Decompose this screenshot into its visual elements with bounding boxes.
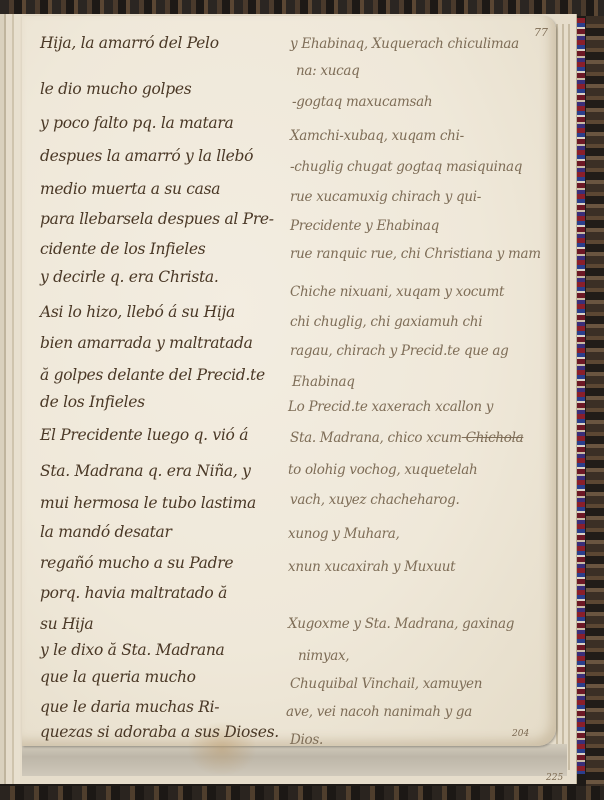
kiche-line-text: Xamchi-xubaq, xuqam chi- <box>290 128 464 144</box>
spanish-line: para llebarsela despues al Pre- <box>40 210 274 228</box>
kiche-line-text: xunog y Muhara, <box>288 526 400 542</box>
kiche-line: Xugoxme y Sta. Madrana, gaxinag <box>288 616 514 632</box>
spanish-line: y decirle q. era Christa. <box>40 268 218 286</box>
kiche-line-text: rue xucamuxig chirach y qui- <box>290 189 481 205</box>
book-right-cover <box>586 16 604 786</box>
kiche-line: y Ehabinaq, Xuquerach chiculimaa <box>290 36 519 52</box>
spanish-line: regañó mucho a su Padre <box>40 554 233 572</box>
kiche-line-text: ragau, chirach y Precid.te que ag <box>290 343 508 359</box>
spanish-line: y poco falto pq. la matara <box>40 114 233 132</box>
kiche-line-text: -chuglig chugat gogtaq masiquinaq <box>290 159 522 175</box>
spanish-line: mui hermosa le tubo lastima <box>40 494 256 512</box>
spanish-line: bien amarrada y maltratada <box>40 334 253 352</box>
kiche-line: Sta. Madrana, chico xcum Chichola <box>290 430 523 446</box>
kiche-line: vach, xuyez chacheharog. <box>290 492 459 508</box>
kiche-line-text: Precidente y Ehabinaq <box>290 218 439 234</box>
kiche-line-text: -gogtaq maxucamsah <box>292 94 432 110</box>
spanish-line: quezas si adoraba a sus Dioses. <box>40 723 279 741</box>
kiche-line: rue ranquic rue, chi Christiana y mam <box>290 246 541 262</box>
kiche-line: Lo Precid.te xaxerach xcallon y <box>288 399 493 415</box>
spanish-line: Hija, la amarró del Pelo <box>40 34 219 52</box>
spanish-line: ă golpes delante del Precid.te <box>40 366 265 384</box>
kiche-line-text: to olohig vochog, xuquetelah <box>288 462 477 478</box>
kiche-line-text: na: xucaq <box>296 63 359 79</box>
spanish-line: medio muerta a su casa <box>40 180 220 198</box>
spanish-line: le dio mucho golpes <box>40 80 191 98</box>
spanish-line: de los Infieles <box>40 393 145 411</box>
spanish-line: que le daria muchas Ri- <box>40 698 219 716</box>
spanish-line: y le dixo ă Sta. Madrana <box>40 641 224 659</box>
stack-edge-line <box>568 24 570 770</box>
stack-number: 225 <box>546 773 563 783</box>
kiche-line-text: y Ehabinaq, Xuquerach chiculimaa <box>290 36 519 52</box>
kiche-line-text: Chuquibal Vinchail, xamuyen <box>290 676 482 692</box>
kiche-line: -gogtaq maxucamsah <box>292 94 432 110</box>
spanish-line: su Hija <box>40 615 93 633</box>
spanish-line: cidente de los Infieles <box>40 240 205 258</box>
kiche-line: Dios. <box>290 732 323 748</box>
stack-edge-line <box>556 24 558 770</box>
kiche-line: ave, vei nacoh nanimah y ga <box>286 704 472 720</box>
kiche-line-text: Dios. <box>290 732 323 748</box>
kiche-line: chi chuglig, chi gaxiamuh chi <box>290 314 482 330</box>
kiche-line-text: rue ranquic rue, chi Christiana y mam <box>290 246 541 262</box>
kiche-line: xnun xucaxirah y Muxuut <box>288 559 455 575</box>
kiche-line: Ehabinaq <box>292 374 355 390</box>
kiche-line: Precidente y Ehabinaq <box>290 218 439 234</box>
spanish-line: que la queria mucho <box>40 668 196 686</box>
kiche-line: Xamchi-xubaq, xuqam chi- <box>290 128 464 144</box>
stack-edge-line <box>562 24 564 770</box>
spanish-line: despues la amarró y la llebó <box>40 147 253 165</box>
lower-folded-leaf <box>22 744 567 776</box>
kiche-line: Chuquibal Vinchail, xamuyen <box>290 676 482 692</box>
kiche-line-text: Chiche nixuani, xuqam y xocumt <box>290 284 504 300</box>
kiche-line-text: nimyax, <box>298 648 349 664</box>
folio-number-top: 77 <box>534 26 548 39</box>
struck-word: Chichola <box>462 430 524 446</box>
folio-number-bottom: 204 <box>512 729 529 739</box>
book-bottom-binding <box>0 786 604 800</box>
kiche-line-text: Ehabinaq <box>292 374 355 390</box>
kiche-line: to olohig vochog, xuquetelah <box>288 462 477 478</box>
left-page-leaves <box>0 14 22 784</box>
kiche-line-text: vach, xuyez chacheharog. <box>290 492 459 508</box>
kiche-line: rue xucamuxig chirach y qui- <box>290 189 481 205</box>
kiche-line-text: Xugoxme y Sta. Madrana, gaxinag <box>288 616 514 632</box>
kiche-line: nimyax, <box>298 648 349 664</box>
spanish-line: la mandó desatar <box>40 523 172 541</box>
kiche-line-text: xnun xucaxirah y Muxuut <box>288 559 455 575</box>
kiche-line-text: chi chuglig, chi gaxiamuh chi <box>290 314 482 330</box>
kiche-line-text: Sta. Madrana, chico xcum <box>290 430 462 446</box>
manuscript-page: 77 204 Hija, la amarró del Pelole dio mu… <box>22 16 556 746</box>
kiche-line-text: ave, vei nacoh nanimah y ga <box>286 704 472 720</box>
kiche-line: ragau, chirach y Precid.te que ag <box>290 343 508 359</box>
spanish-line: El Precidente luego q. vió á <box>40 426 248 444</box>
kiche-line: Chiche nixuani, xuqam y xocumt <box>290 284 504 300</box>
spanish-line: porq. havia maltratado ă <box>40 584 227 602</box>
kiche-line-text: Lo Precid.te xaxerach xcallon y <box>288 399 493 415</box>
spanish-line: Sta. Madrana q. era Niña, y <box>40 462 251 480</box>
kiche-line: -chuglig chugat gogtaq masiquinaq <box>290 159 522 175</box>
kiche-line: na: xucaq <box>296 63 359 79</box>
kiche-line: xunog y Muhara, <box>288 526 400 542</box>
spanish-line: Asi lo hizo, llebó á su Hija <box>40 303 235 321</box>
